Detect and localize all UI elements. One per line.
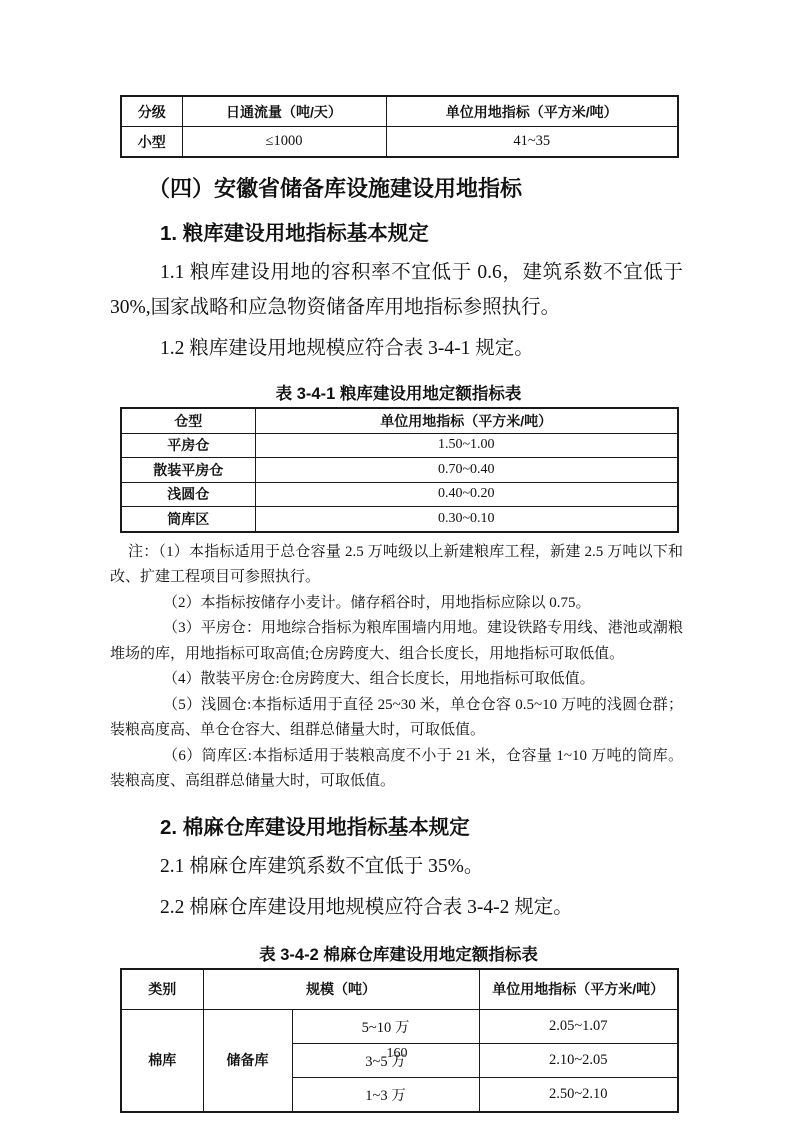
table-341-notes: 注：（1）本指标适用于总仓容量 2.5 万吨级以上新建粮库工程，新建 2.5 万… [110, 540, 683, 795]
paragraph-2-2: 2.2 棉麻仓库建设用地规模应符合表 3-4-2 规定。 [110, 890, 683, 925]
header-cell-category: 类别 [121, 969, 203, 1010]
cell-type: 散装平房仓 [121, 458, 255, 483]
table-header-row: 仓型 单位用地指标（平方米/吨） [121, 408, 678, 433]
header-cell-daily-flow: 日通流量（吨/天） [182, 96, 386, 127]
cell-value: 1.50~1.00 [255, 433, 678, 458]
table-341-caption: 表 3-4-1 粮库建设用地定额指标表 [120, 380, 677, 404]
cell-value: 0.40~0.20 [255, 482, 678, 507]
header-cell-unit-land-index: 单位用地指标（平方米/吨） [386, 96, 678, 127]
table-row: 浅圆仓 0.40~0.20 [121, 482, 678, 507]
table-341: 仓型 单位用地指标（平方米/吨） 平房仓 1.50~1.00 散装平房仓 0.7… [120, 407, 679, 533]
table-row: 散装平房仓 0.70~0.40 [121, 458, 678, 483]
cell-type: 筒库区 [121, 507, 255, 532]
paragraph-2-1: 2.1 棉麻仓库建筑系数不宜低于 35%。 [110, 849, 683, 884]
table-342-caption: 表 3-4-2 棉麻仓库建设用地定额指标表 [120, 941, 677, 965]
header-cell-warehouse-type: 仓型 [121, 408, 255, 433]
table-header-row: 类别 规模（吨） 单位用地指标（平方米/吨） [121, 969, 678, 1010]
header-cell-scale: 规模（吨） [203, 969, 479, 1010]
table-row: 小型 ≤1000 41~35 [121, 127, 678, 158]
cell-value: 2.50~2.10 [479, 1078, 678, 1112]
subsection-2-heading: 2. 棉麻仓库建设用地指标基本规定 [160, 813, 683, 843]
cell-flow-value: ≤1000 [182, 127, 386, 158]
header-cell-grade: 分级 [121, 96, 182, 127]
cell-type: 浅圆仓 [121, 482, 255, 507]
cell-grade-small: 小型 [121, 127, 182, 158]
paragraph-1-1: 1.1 粮库建设用地的容积率不宜低于 0.6，建筑系数不宜低于 30%,国家战略… [110, 255, 683, 325]
table-row: 棉库 储备库 5~10 万 2.05~1.07 [121, 1010, 678, 1044]
header-cell-unit-land-index: 单位用地指标（平方米/吨） [255, 408, 678, 433]
header-cell-unit-land-index: 单位用地指标（平方米/吨） [479, 969, 678, 1010]
cell-scale: 5~10 万 [292, 1010, 479, 1044]
table-342: 类别 规模（吨） 单位用地指标（平方米/吨） 棉库 储备库 5~10 万 2.0… [120, 968, 679, 1113]
cell-value: 0.30~0.10 [255, 507, 678, 532]
cell-scale: 1~3 万 [292, 1078, 479, 1112]
table-row: 平房仓 1.50~1.00 [121, 433, 678, 458]
note-3: （3）平房仓：用地综合指标为粮库围墙内用地。建设铁路专用线、港池或潮粮堆场的库，… [110, 616, 683, 667]
cell-value: 2.05~1.07 [479, 1010, 678, 1044]
cell-index-value: 41~35 [386, 127, 678, 158]
cell-value: 0.70~0.40 [255, 458, 678, 483]
note-4: （4）散装平房仓:仓房跨度大、组合长度长，用地指标可取低值。 [110, 667, 683, 693]
note-6: （6）筒库区:本指标适用于装粮高度不小于 21 米，仓容量 1~10 万吨的筒库… [110, 744, 683, 795]
section-heading: （四）安徽省储备库设施建设用地指标 [148, 174, 683, 204]
continued-grading-table: 分级 日通流量（吨/天） 单位用地指标（平方米/吨） 小型 ≤1000 41~3… [120, 95, 679, 158]
cell-type: 平房仓 [121, 433, 255, 458]
subsection-1-heading: 1. 粮库建设用地指标基本规定 [160, 219, 683, 249]
paragraph-1-2: 1.2 粮库建设用地规模应符合表 3-4-1 规定。 [110, 331, 683, 366]
document-page: 分级 日通流量（吨/天） 单位用地指标（平方米/吨） 小型 ≤1000 41~3… [0, 0, 794, 1122]
table-row: 筒库区 0.30~0.10 [121, 507, 678, 532]
note-5: （5）浅圆仓:本指标适用于直径 25~30 米，单仓仓容 0.5~10 万吨的浅… [110, 693, 683, 744]
note-1: 注：（1）本指标适用于总仓容量 2.5 万吨级以上新建粮库工程，新建 2.5 万… [110, 540, 683, 591]
page-number: 160 [0, 1046, 794, 1062]
table-header-row: 分级 日通流量（吨/天） 单位用地指标（平方米/吨） [121, 96, 678, 127]
note-2: （2）本指标按储存小麦计。储存稻谷时，用地指标应除以 0.75。 [110, 591, 683, 617]
